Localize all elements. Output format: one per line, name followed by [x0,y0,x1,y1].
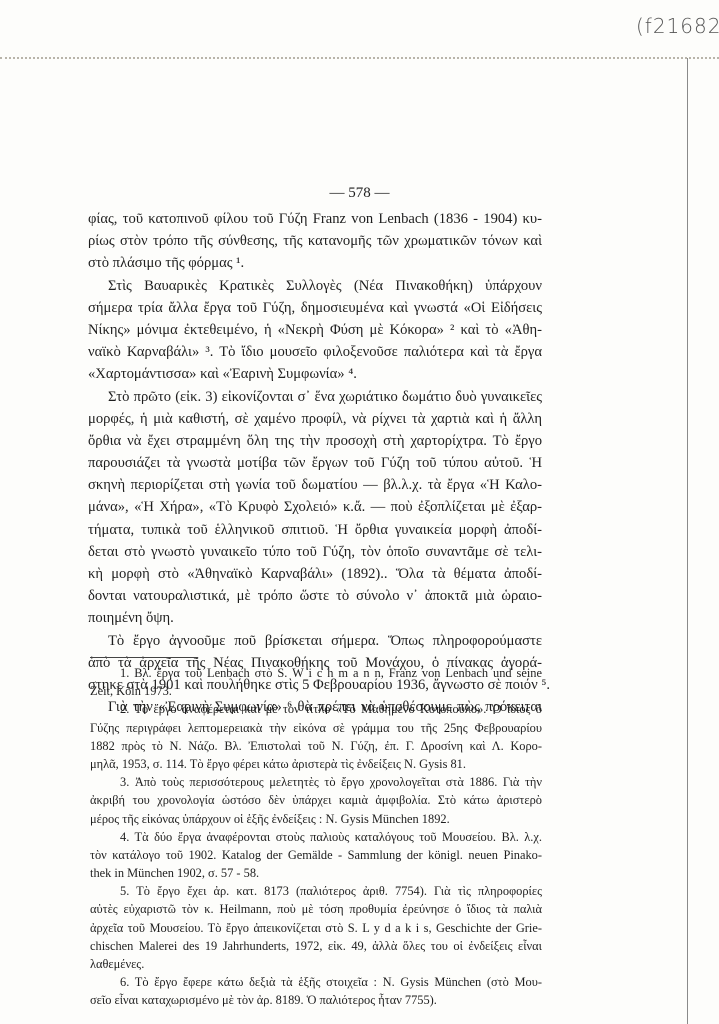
footnote-separator [90,657,198,658]
body-line: σήμερα τρία ἄλλα ἔργα τοῦ Γύζη, δημοσιευ… [88,297,542,319]
footnote-line: σεῖο εἶναι καταχωρισμένο μὲ τὸν ἀρ. 8189… [90,991,542,1009]
body-line: μάνα», «Ἡ Χήρα», «Τὸ Κρυφὸ Σχολειό» κ.ἄ.… [88,496,542,518]
page-number: — 578 — [0,185,719,202]
body-line: κὴ μορφὴ στὸ «Ἀθηναϊκὸ Καρναβάλι» (1892)… [88,563,542,585]
body-line: στὸ πλάσιμο τῆς φόρμας ¹. [88,252,542,274]
body-line: φίας, τοῦ κατοπινοῦ φίλου τοῦ Γύζη Franz… [88,208,542,230]
body-text: φίας, τοῦ κατοπινοῦ φίλου τοῦ Γύζη Franz… [88,208,542,718]
footnote-line: chischen Malerei des 19 Jahrhunderts, 19… [90,937,542,955]
handwritten-archive-number: (f21682) [636,14,719,38]
footnote-line: μηλᾶ, 1953, σ. 114. Τὸ ἔργο φέρει κάτω ἀ… [90,755,542,773]
footnote-line: τὸν κατάλογο τοῦ 1902. Katalog der Gemäl… [90,846,542,864]
footnote-line: 1882 πρὸς τὸ Ν. Νάζο. Βλ. Ἐπιστολαὶ τοῦ … [90,737,542,755]
body-line: ὄρθια νὰ ἔχει στραμμένη ὅλη της τὴν προσ… [88,430,542,452]
body-line: τήματα, τυπικὰ τοῦ ἑλληνικοῦ σπιτιοῦ. Ἡ … [88,519,542,541]
body-line: παρουσιάζει τὰ γνωστὰ μοτίβα τῶν ἔργων τ… [88,452,542,474]
body-line: σκηνὴ περιορίζεται στὴ γωνία τοῦ δωματίο… [88,474,542,496]
body-line: Στὶς Βαυαρικὲς Κρατικὲς Συλλογὲς (Νέα Πι… [88,275,542,297]
body-line: ναϊκὸ Καρναβάλι» ³. Τὸ ἴδιο μουσεῖο φιλο… [88,341,542,363]
footnotes: 1. Βλ. ἔργα τοῦ Lenbach στὸ S. W i c h m… [90,664,542,1010]
footnote-line: μέρος τῆς εἰκόνας ὑπάρχουν οἱ ἑξῆς ἐνδεί… [90,810,542,828]
body-line: μορφές, ἡ μιὰ καθιστή, σὲ χαμένο προφίλ,… [88,408,542,430]
body-line: δονται νατουραλιστικά, μὲ τρόπο ὥστε τὸ … [88,585,542,607]
body-line: Τὸ ἔργο ἀγνοοῦμε ποῦ βρίσκεται σήμερα. Ὅ… [88,630,542,652]
footnote-line: ἀκριβή του χρονολογία ὡστόσο δὲν ὑπάρχει… [90,791,542,809]
scan-edge-rule [0,57,719,59]
body-line: «Χαρτομάντισσα» καὶ «Ἐαρινὴ Συμφωνία» ⁴. [88,363,542,385]
body-line: Νίκης» μόνιμα ἐκτεθειμένο, ἡ «Νεκρὴ Φύση… [88,319,542,341]
body-line: ρίως στὸν τρόπο τῆς σύνθεσης, τῆς κατανο… [88,230,542,252]
footnote-line: Γύζης περιγράφει λεπτομερειακὰ τὴν εἰκόν… [90,719,542,737]
footnote-line: 1. Βλ. ἔργα τοῦ Lenbach στὸ S. W i c h m… [90,664,542,682]
footnote-line: αὐτὲς εὐχαριστῶ τὸν κ. Heilmann, ποὺ μὲ … [90,900,542,918]
body-line: ποιημένη ὄψη. [88,607,542,629]
body-line: Στὸ πρῶτο (εἰκ. 3) εἰκονίζονται σ᾽ ἕνα χ… [88,386,542,408]
footnote-line: 5. Τὸ ἔργο ἔχει ἀρ. κατ. 8173 (παλιότερο… [90,882,542,900]
footnote-line: thek in München 1902, σ. 57 - 58. [90,864,542,882]
footnote-line: 2. Τὸ ἔργο ἀναφέρεται καὶ μὲ τὸν τίτλο «… [90,700,542,718]
footnote-line: 3. Ἀπὸ τοὺς περισσότερους μελετητὲς τὸ ἔ… [90,773,542,791]
footnote-line: 4. Τὰ δύο ἔργα ἀναφέρονται στοὺς παλιοὺς… [90,828,542,846]
footnote-line: 6. Τὸ ἔργο ἔφερε κάτω δεξιὰ τὰ ἑξῆς στοι… [90,973,542,991]
page-edge-line [687,58,688,1024]
footnote-line: λαθεμένες. [90,955,542,973]
body-line: δεται στὸ γνωστὸ γυναικεῖο τύπο τοῦ Γύζη… [88,541,542,563]
footnote-line: Zeit, Köln 1973. [90,682,542,700]
footnote-line: ἀρχεῖα τοῦ Μουσείου. Τὸ ἔργο ἀπεικονίζετ… [90,919,542,937]
